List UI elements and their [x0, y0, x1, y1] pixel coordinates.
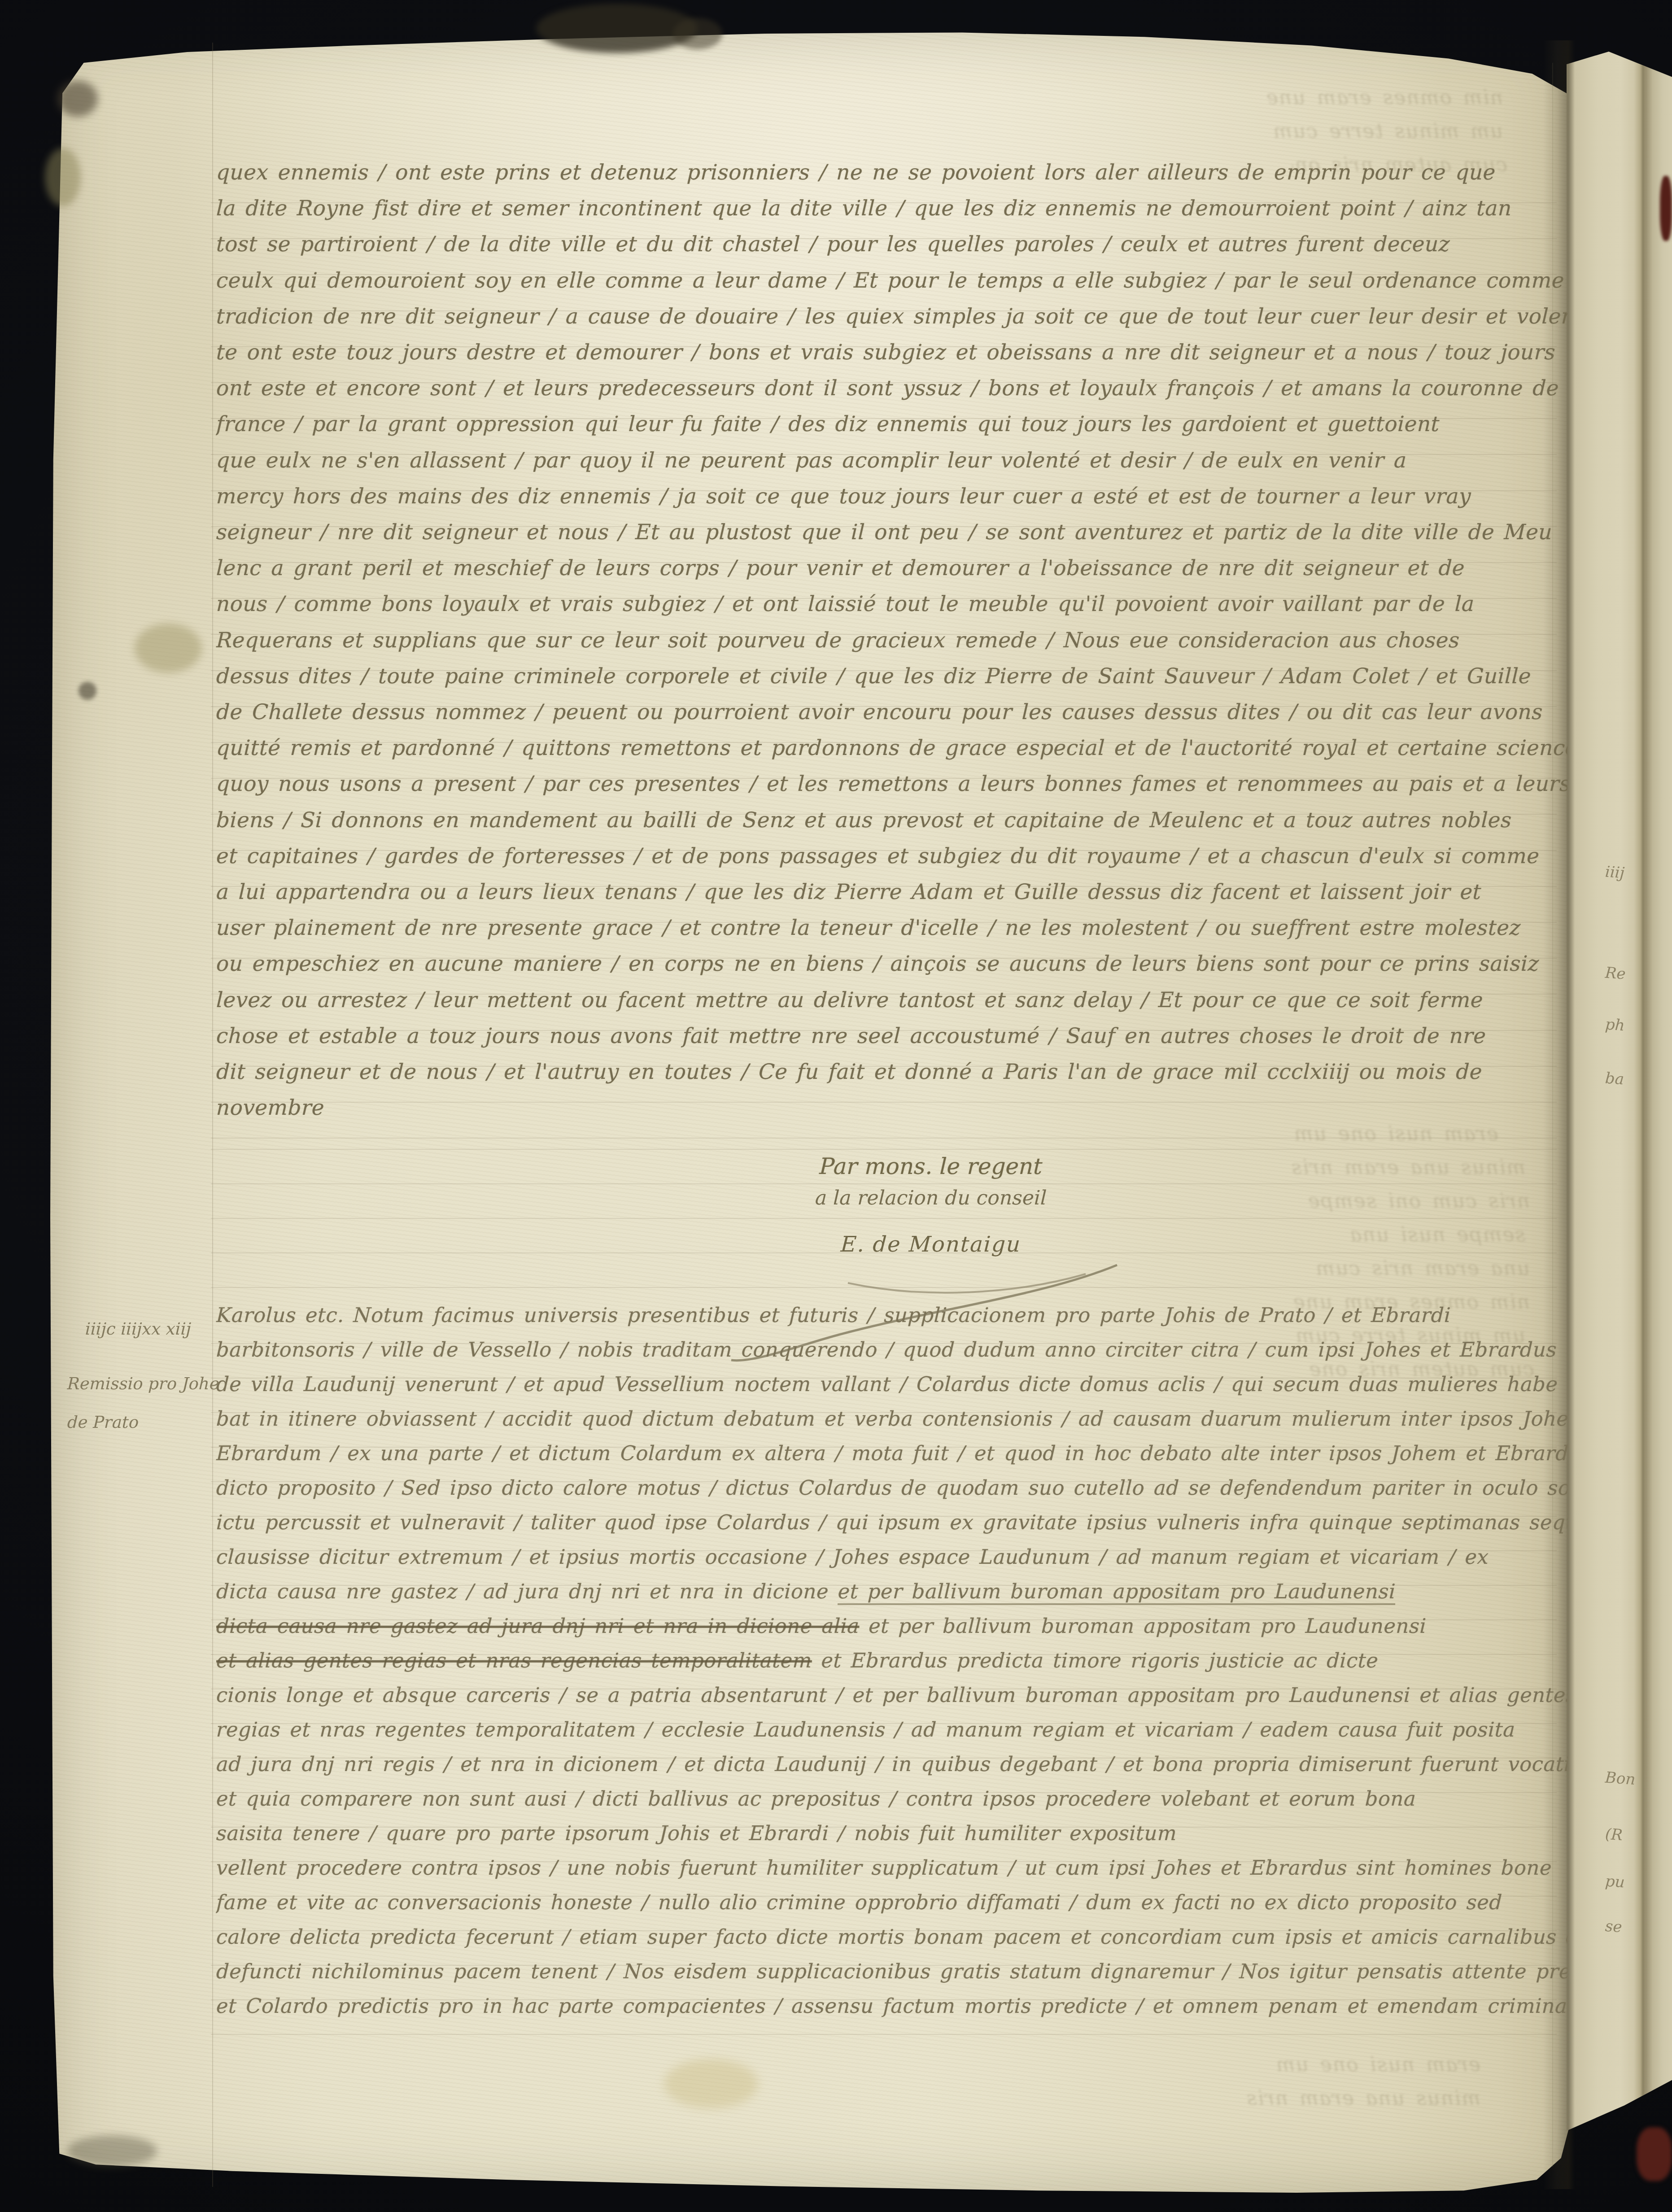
manuscript-line-french: la dite Royne fist dire et semer inconti…	[216, 195, 1568, 223]
line-text: vellent procedere contra ipsos / une nob…	[216, 1856, 1552, 1880]
manuscript-line-french: nous / comme bons loyaulx et vrais subgi…	[216, 591, 1568, 619]
next-folio-margin-mark: se	[1605, 1917, 1623, 1937]
manuscript-line-latin: et alias gentes regias et nras regencias…	[216, 1647, 1568, 1675]
drypoint-rule	[211, 1287, 1557, 1288]
line-text: Ebrardum / ex una parte / et dictum Cola…	[216, 1441, 1568, 1465]
manuscript-line-latin: clausisse dicitur extremum / et ipsius m…	[216, 1544, 1568, 1571]
struck-text: et alias gentes regias et nras regencias…	[216, 1649, 812, 1672]
manuscript-line-latin: ictu percussit et vulneravit / taliter q…	[216, 1509, 1568, 1537]
line-text: regias et nras regentes temporalitatem /…	[216, 1718, 1515, 1741]
line-text: ictu percussit et vulneravit / taliter q…	[216, 1510, 1568, 1534]
manuscript-line-french: quitté remis et pardonné / quittons reme…	[216, 735, 1568, 763]
manuscript-line-french: tradicion de nre dit seigneur / a cause …	[216, 303, 1568, 331]
next-folio-margin-mark: (R	[1605, 1825, 1624, 1845]
manuscript-line-french: dit seigneur et de nous / et l'autruy en…	[216, 1059, 1568, 1086]
manuscript-line-latin: defuncti nichilominus pacem tenent / Nos…	[216, 1958, 1568, 1986]
line-text: bat in itinere obviassent / accidit quod…	[216, 1407, 1568, 1431]
line-text: de villa Laudunij venerunt / et apud Ves…	[216, 1372, 1558, 1396]
manuscript-line-latin: regias et nras regentes temporalitatem /…	[216, 1716, 1568, 1744]
clerk-signature: E. de Montaigu	[650, 1231, 1212, 1258]
margin-note-rubric-1: Remissio pro Johe	[67, 1374, 219, 1394]
manuscript-line-french: ont este et encore sont / et leurs prede…	[216, 375, 1568, 403]
binding-red-bottom	[1637, 2127, 1672, 2181]
manuscript-line-latin: barbitonsoris / ville de Vessello / nobi…	[216, 1336, 1568, 1364]
manuscript-line-french: tost se partiroient / de la dite ville e…	[216, 231, 1568, 259]
manuscript-line-latin: ad jura dnj nri regis / et nra in dicion…	[216, 1751, 1568, 1779]
manuscript-line-french: lenc a grant peril et meschief de leurs …	[216, 555, 1568, 583]
next-folio-margin-mark: ba	[1605, 1069, 1625, 1089]
binding-red-top	[1660, 176, 1672, 241]
line-text: calore delicta predicta fecerunt / etiam…	[216, 1925, 1568, 1949]
next-folio-edge: iiijRephbaBon(Rpuse	[1567, 43, 1672, 2160]
line-text: et Ebrardus predicta timore rigoris just…	[812, 1649, 1379, 1672]
manuscript-line-french: te ont este touz jours destre et demoure…	[216, 339, 1568, 367]
line-text: saisita tenere / quare pro parte ipsorum…	[216, 1821, 1177, 1845]
manuscript-line-latin: dicta causa nre gastez / ad jura dnj nri…	[216, 1578, 1568, 1606]
manuscript-line-french: seigneur / nre dit seigneur et nous / Et…	[216, 519, 1568, 547]
line-text: defuncti nichilominus pacem tenent / Nos…	[216, 1959, 1568, 1983]
chancery-subscription: Par mons. le regent a la relacion du con…	[650, 1152, 1211, 1258]
manuscript-line-latin: bat in itinere obviassent / accidit quod…	[216, 1405, 1568, 1433]
manuscript-line-french: Requerans et supplians que sur ce leur s…	[216, 627, 1568, 655]
manuscript-line-french: quoy nous usons a present / par ces pres…	[216, 771, 1568, 798]
next-folio-margin-mark: ph	[1605, 1016, 1625, 1035]
line-text: clausisse dicitur extremum / et ipsius m…	[216, 1545, 1489, 1569]
manuscript-line-french: ou empeschiez en aucune maniere / en cor…	[216, 951, 1568, 978]
line-text: et quia comparere non sunt ausi / dicti …	[216, 1787, 1416, 1811]
line-text: ad jura dnj nri regis / et nra in dicion…	[216, 1752, 1568, 1776]
drypoint-rule	[211, 2034, 1557, 2035]
line-text: et Colardo predictis pro in hac parte co…	[216, 1994, 1568, 2018]
manuscript-line-latin: Karolus etc. Notum facimus universis pre…	[216, 1302, 1568, 1330]
manuscript-line-latin: et Colardo predictis pro in hac parte co…	[216, 1993, 1568, 2020]
manuscript-line-latin: dicto proposito / Sed ipso dicto calore …	[216, 1475, 1568, 1502]
manuscript-line-french: ceulx qui demouroient soy en elle comme …	[216, 267, 1568, 295]
line-text: fame et vite ac conversacionis honeste /…	[216, 1890, 1502, 1914]
manuscript-line-latin: Ebrardum / ex una parte / et dictum Cola…	[216, 1440, 1568, 1468]
manuscript-line-french: chose et estable a touz jours nous avons…	[216, 1023, 1568, 1051]
manuscript-line-french: et capitaines / gardes de forteresses / …	[216, 843, 1568, 871]
drypoint-rule	[211, 1149, 1557, 1150]
line-text: barbitonsoris / ville de Vessello / nobi…	[216, 1338, 1568, 1361]
next-folio-crease	[1642, 43, 1644, 2160]
next-folio-margin-mark: iiij	[1605, 863, 1625, 882]
margin-note-rubric-2: de Prato	[67, 1412, 139, 1433]
manuscript-line-latin: cionis longe et absque carceris / se a p…	[216, 1682, 1568, 1710]
manuscript-line-french: biens / Si donnons en mandement au baill…	[216, 807, 1568, 835]
line-text: dicta causa nre gastez / ad jura dnj nri…	[216, 1579, 838, 1603]
manuscript-line-french: france / par la grant oppression qui leu…	[216, 411, 1568, 439]
manuscript-line-french: de Challete dessus nommez / peuent ou po…	[216, 699, 1568, 727]
manuscript-line-french: que eulx ne s'en allassent / par quoy il…	[216, 447, 1568, 475]
struck-text: dicta causa nre gastez ad jura dnj nri e…	[216, 1614, 860, 1638]
manuscript-line-latin: de villa Laudunij venerunt / et apud Ves…	[216, 1371, 1568, 1399]
manuscript-line-french: user plainement de nre presente grace / …	[216, 915, 1568, 942]
next-folio-margin-mark: pu	[1605, 1872, 1625, 1892]
manuscript-line-latin: dicta causa nre gastez ad jura dnj nri e…	[216, 1613, 1568, 1640]
underlined-text: et per ballivum buroman appositam pro La…	[838, 1579, 1396, 1605]
margin-note-number: iiijc iiijxx xiij	[85, 1319, 192, 1339]
manuscript-line-latin: et quia comparere non sunt ausi / dicti …	[216, 1785, 1568, 1813]
manuscript-line-french: levez ou arrestez / leur mettent ou face…	[216, 987, 1568, 1015]
line-text: cionis longe et absque carceris / se a p…	[216, 1683, 1568, 1707]
drypoint-rule	[211, 1138, 1557, 1139]
manuscript-line-french: dessus dites / toute paine criminele cor…	[216, 663, 1568, 691]
manuscript-line-french: mercy hors des mains des diz ennemis / j…	[216, 483, 1568, 511]
manuscript-line-latin: fame et vite ac conversacionis honeste /…	[216, 1889, 1568, 1917]
next-folio-margin-mark: Re	[1605, 964, 1626, 983]
manuscript-line-latin: saisita tenere / quare pro parte ipsorum…	[216, 1820, 1568, 1848]
manuscript-line-french: a lui appartendra ou a leurs lieux tenan…	[216, 879, 1568, 907]
next-folio-margin-mark: Bon	[1605, 1769, 1636, 1789]
margin-rule-left	[212, 43, 213, 2187]
line-text: dicto proposito / Sed ipso dicto calore …	[216, 1476, 1568, 1500]
manuscript-line-french: novembre	[216, 1095, 1568, 1122]
subscription-line-2: a la relacion du conseil	[650, 1185, 1212, 1211]
subscription-line-1: Par mons. le regent	[650, 1152, 1212, 1181]
line-text: Karolus etc. Notum facimus universis pre…	[216, 1303, 1451, 1327]
manuscript-line-latin: vellent procedere contra ipsos / une nob…	[216, 1854, 1568, 1882]
line-text: et per ballivum buroman appositam pro La…	[859, 1614, 1427, 1638]
manuscript-line-latin: calore delicta predicta fecerunt / etiam…	[216, 1924, 1568, 1951]
manuscript-line-french: quex ennemis / ont este prins et detenuz…	[216, 159, 1568, 187]
